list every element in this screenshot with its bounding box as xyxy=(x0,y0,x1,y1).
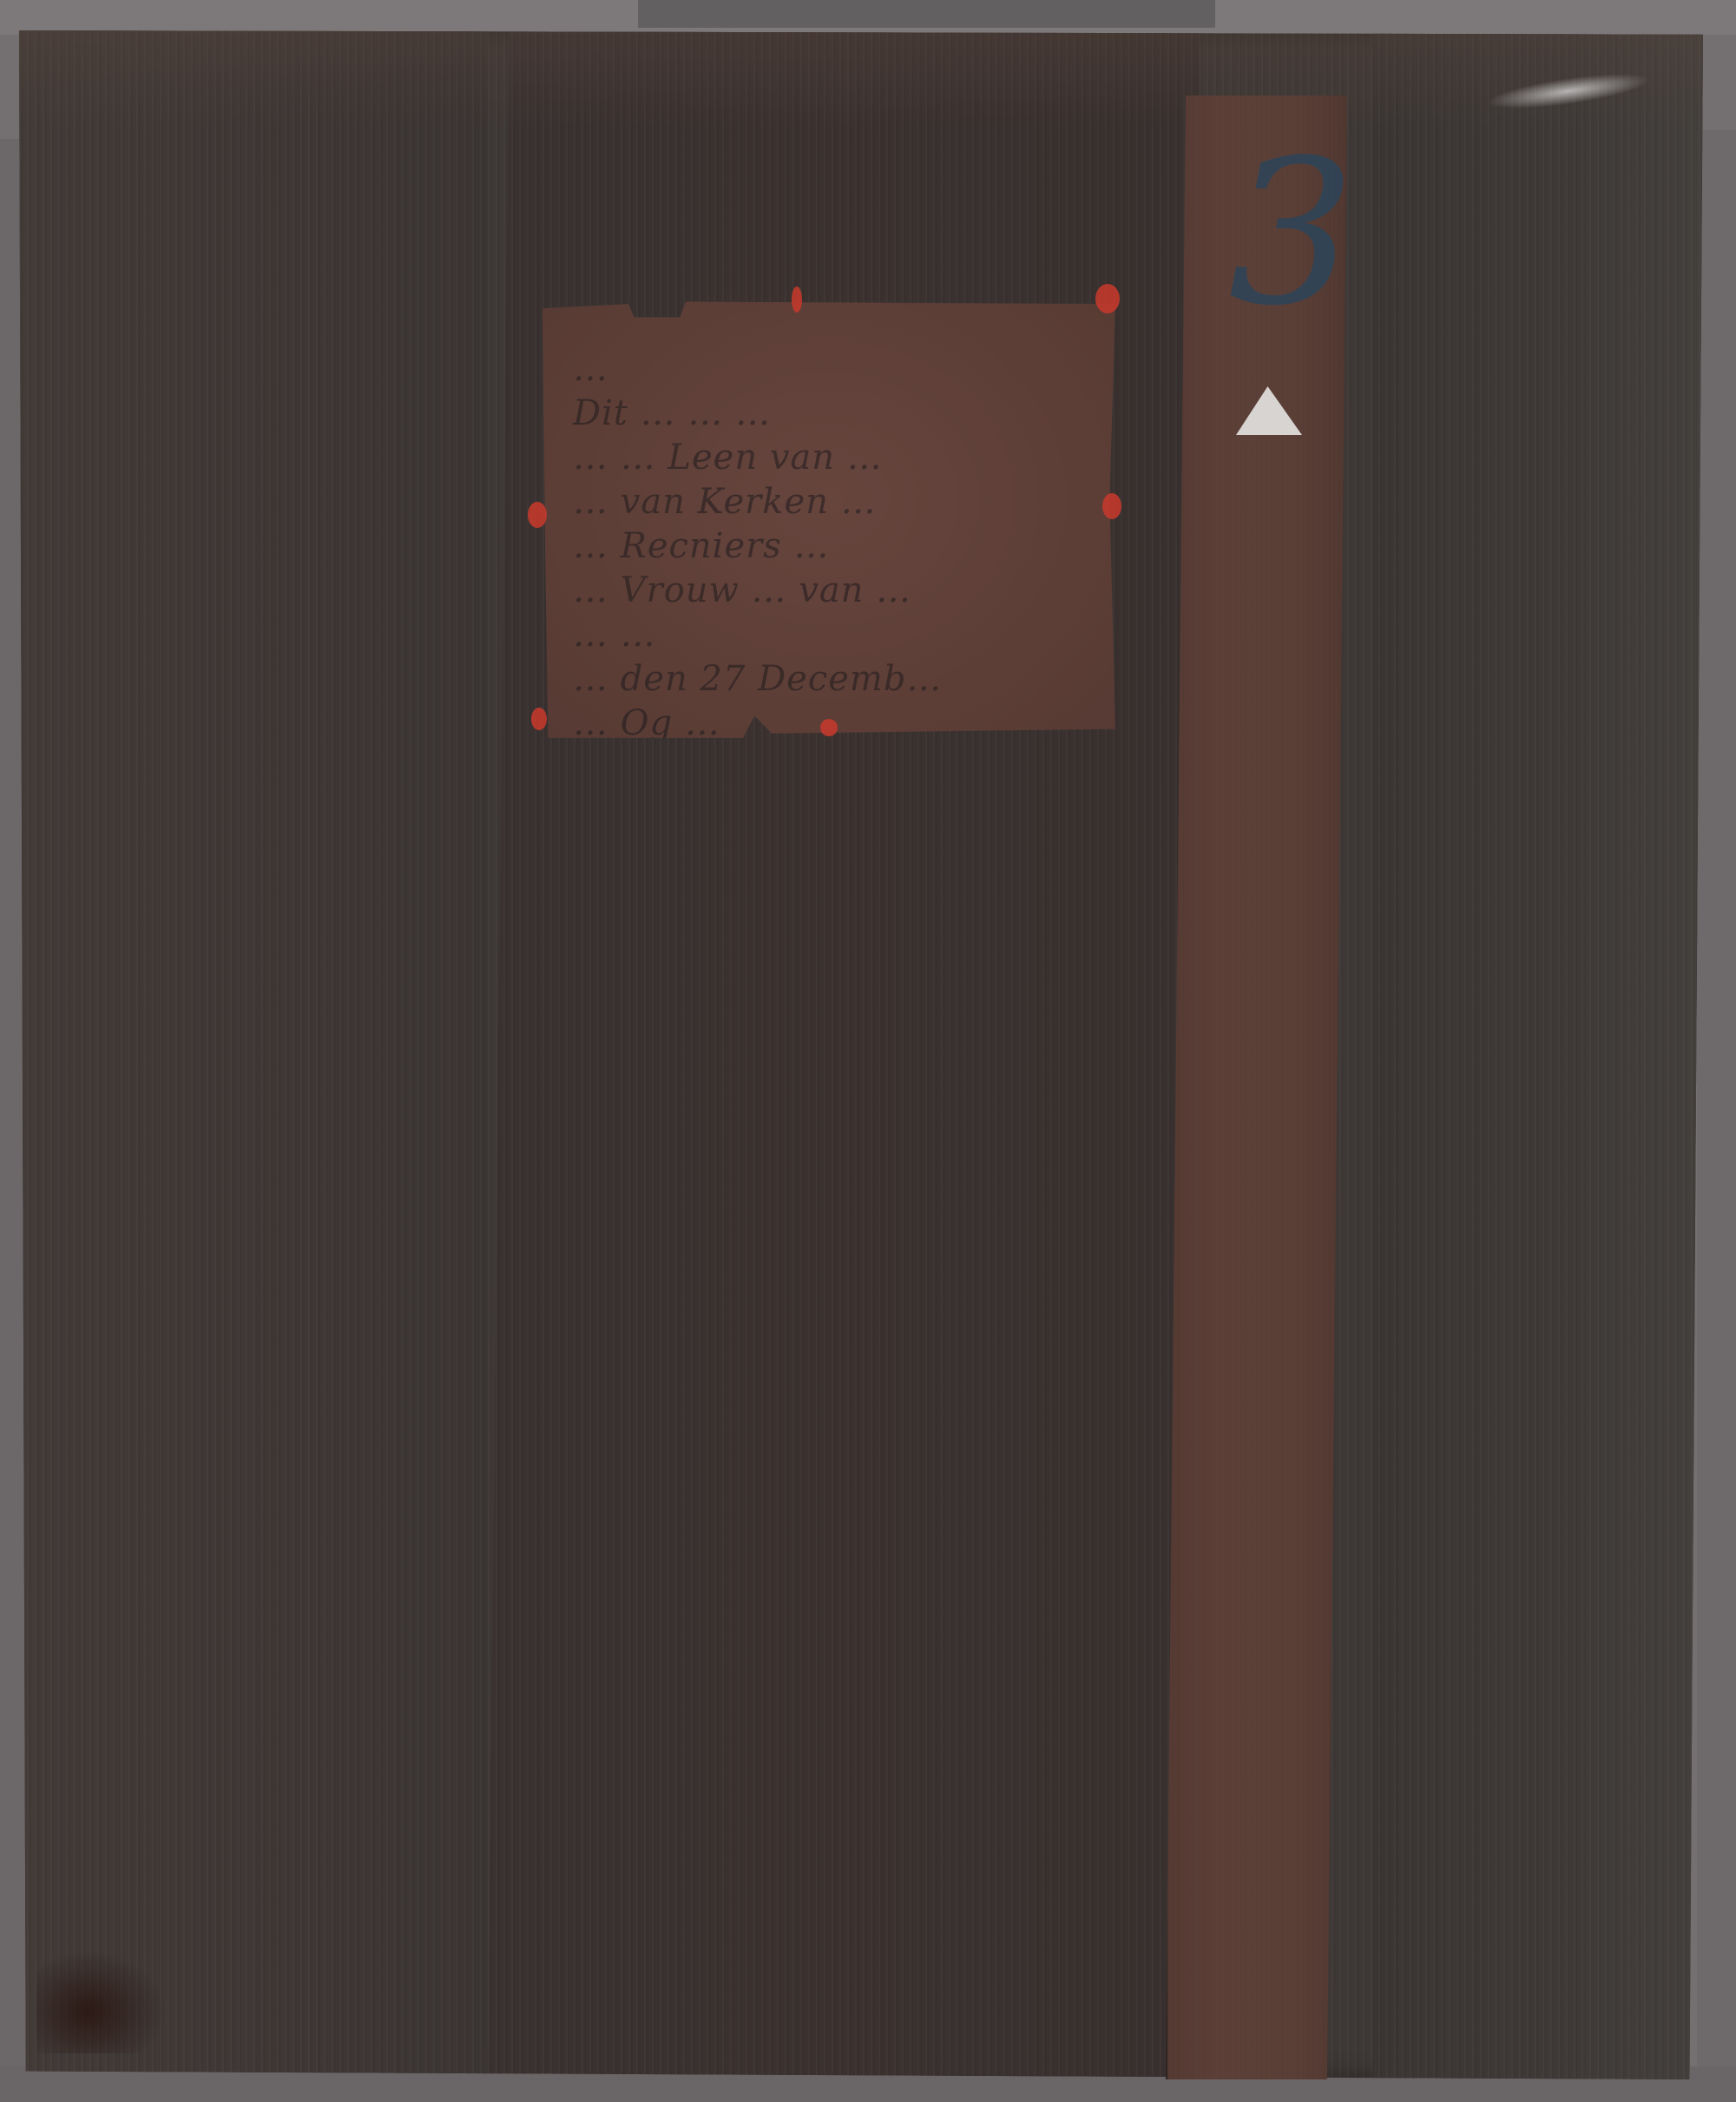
wax-seal-icon xyxy=(528,502,547,528)
wax-seal-icon xyxy=(1095,284,1120,313)
top-edge-wear xyxy=(19,30,1703,126)
label-handwriting: … Dit … … … … … Leen van … … van Kerken … xyxy=(573,347,1094,746)
paper-label: … Dit … … … … … Leen van … … van Kerken … xyxy=(542,300,1115,742)
label-line: Dit … … … xyxy=(573,392,1094,436)
batten-grain-texture xyxy=(1167,96,1347,2079)
wax-seal-icon xyxy=(1102,493,1121,519)
vertical-batten xyxy=(1166,96,1347,2079)
label-line: … Vrouw … van … xyxy=(573,569,1094,613)
wax-seal-icon xyxy=(792,287,802,313)
label-line: … … Leen van … xyxy=(573,436,1094,480)
plank-right xyxy=(1373,30,1703,2079)
support-tab xyxy=(638,0,1215,28)
label-line: … Recniers … xyxy=(573,524,1094,569)
corner-stain xyxy=(36,1949,167,2053)
label-line: … xyxy=(573,347,1094,392)
inventory-numeral: 3 xyxy=(1228,130,1324,339)
wax-seal-icon xyxy=(531,708,547,730)
label-line: … den 27 Decemb… xyxy=(573,657,1094,702)
label-line: … … xyxy=(573,613,1094,657)
backdrop-right xyxy=(1697,130,1736,2075)
wax-seal-icon xyxy=(820,719,838,736)
plank-left xyxy=(19,30,488,2079)
label-line: … van Kerken … xyxy=(573,480,1094,524)
